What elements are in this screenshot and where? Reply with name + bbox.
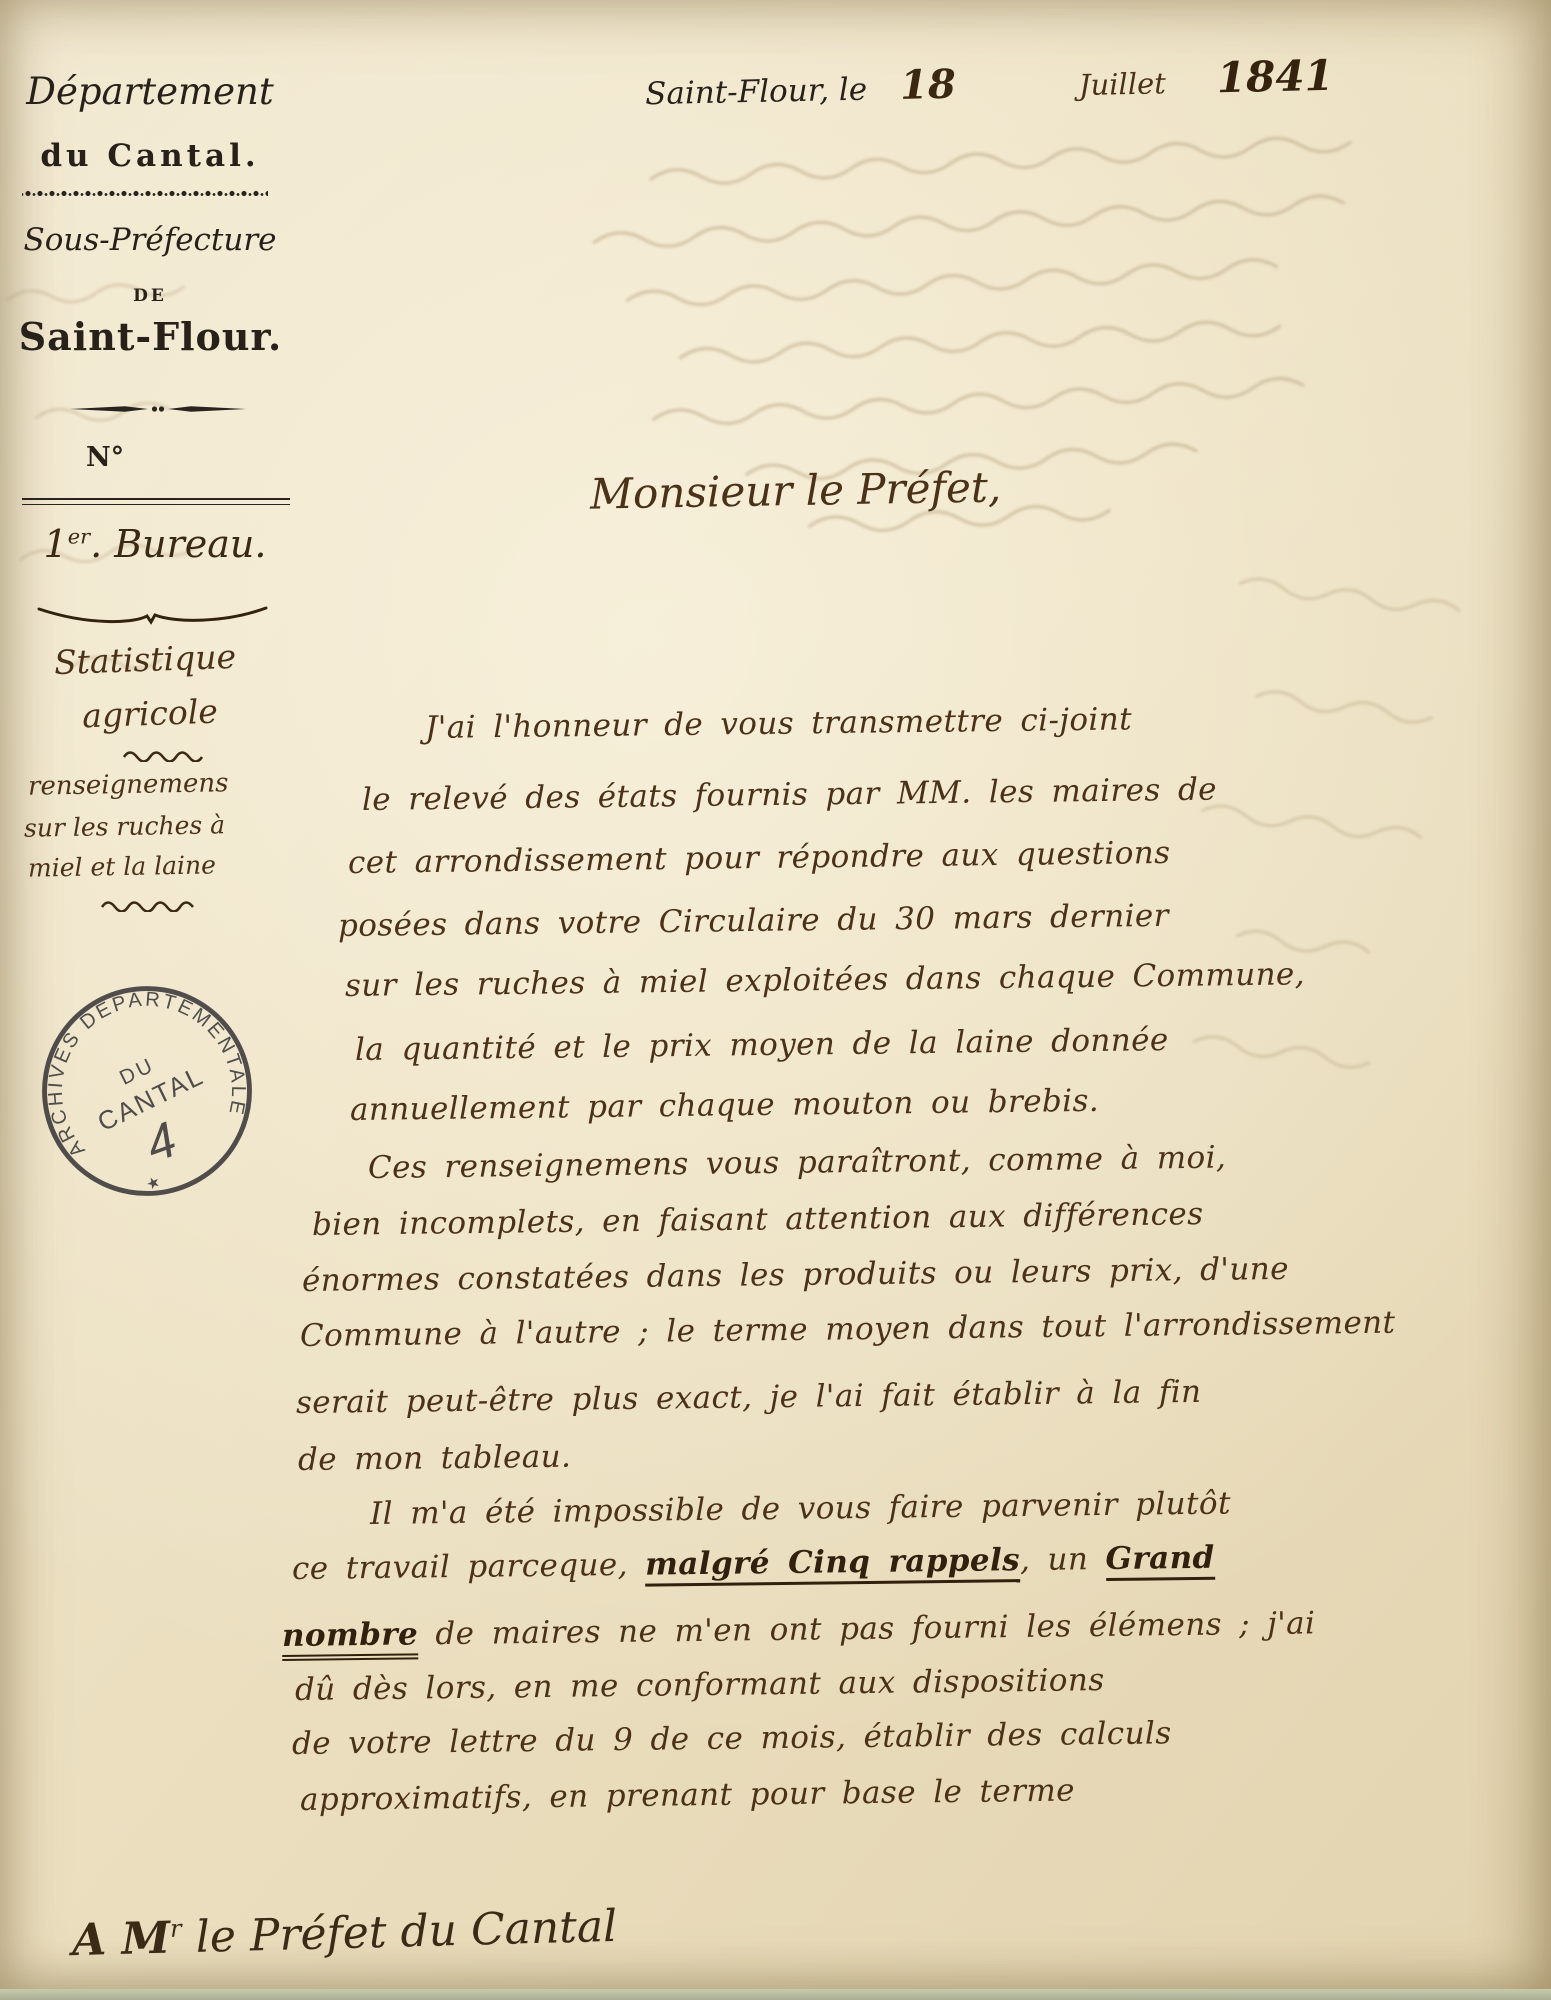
margin-note-ruches: sur les ruches à (24, 810, 226, 843)
footer-address: A Mr le Préfet du Cantal (71, 1901, 617, 1966)
letter-line: le relevé des états fournis par MM. les … (362, 772, 1217, 818)
letter-line: ce travail parceque, malgré Cinq rappels… (292, 1540, 1215, 1587)
dateline-year: 1841 (1216, 51, 1334, 102)
bureau-word: . Bureau. (90, 522, 266, 566)
letter-line: de mon tableau. (298, 1439, 572, 1478)
letter-line: posées dans votre Circulaire du 30 mars … (338, 898, 1169, 944)
double-rule (22, 498, 290, 505)
letter-line: énormes constatées dans les produits ou … (302, 1251, 1289, 1299)
letter-line: dû dès lors, en me conformant aux dispos… (295, 1662, 1105, 1708)
letter-line: bien incomplets, en faisant attention au… (312, 1196, 1204, 1243)
stamp-handwritten-number: 4 (138, 1111, 183, 1173)
letter-line: la quantité et le prix moyen de la laine… (355, 1022, 1169, 1068)
footer-ordinal: r (170, 1915, 182, 1943)
bureau-heading: 1er. Bureau. (30, 522, 280, 566)
bleedthrough-mark (0, 240, 315, 700)
footer-prefix: A M (71, 1913, 170, 1967)
letter-line: J'ai l'honneur de vous transmettre ci-jo… (425, 701, 1132, 746)
ornament-divider (70, 402, 246, 416)
dateline-day: 18 (900, 61, 957, 109)
footer-rest: le Préfet du Cantal (181, 1901, 618, 1963)
scan-edge-strip (0, 1989, 1551, 2000)
squiggle-mark (122, 748, 214, 762)
dateline-printed: Saint-Flour, le (645, 72, 868, 113)
dateline: Saint-Flour, le 18 Juillet 1841 (645, 51, 1335, 114)
letter-line-segment: de maires ne m'en ont pas fourni les élé… (418, 1605, 1316, 1652)
squiggle-mark (100, 898, 196, 912)
bureau-ordinal: er (68, 524, 90, 548)
letterhead-du-cantal: du Cantal. (15, 138, 285, 174)
letter-line: approximatifs, en prenant pour base le t… (300, 1773, 1075, 1818)
letter-line: Ces renseignemens vous paraîtront, comme… (368, 1140, 1227, 1186)
underlined-phrase: nombre (282, 1616, 419, 1661)
dateline-month: Juillet (1079, 66, 1167, 102)
letterhead-de: DE (15, 286, 285, 306)
letter-line: nombre de maires ne m'en ont pas fourni … (282, 1605, 1316, 1654)
letter-line: de votre lettre du 9 de ce mois, établir… (292, 1715, 1172, 1762)
letter-line-segment: ce travail parceque, (292, 1547, 646, 1587)
margin-note-miel-laine: miel et la laine (28, 850, 216, 882)
letterhead-sous-prefecture: Sous-Préfecture (10, 222, 290, 258)
letterhead-department: Département (15, 70, 285, 113)
letter-line: cet arrondissement pour répondre aux que… (348, 835, 1171, 881)
salutation: Monsieur le Préfet, (590, 462, 1002, 518)
letter-line: serait peut-être plus exact, je l'ai fai… (296, 1374, 1202, 1421)
letter-page: Département du Cantal. Sous-Préfecture D… (0, 0, 1551, 2000)
letterhead-city: Saint-Flour. (8, 314, 293, 359)
brace-flourish (35, 606, 270, 628)
letter-line-segment: , un (1020, 1541, 1106, 1578)
bleedthrough-mark (1147, 540, 1551, 1140)
archive-stamp: ARCHIVES DÉPARTEMENTALES DU CANTAL 4 ★ (18, 962, 277, 1221)
margin-note-agricole: agricole (24, 690, 275, 738)
underlined-phrase: Grand (1105, 1540, 1215, 1581)
letterhead-numero: N° (86, 442, 124, 473)
letter-line: Commune à l'autre ; le terme moyen dans … (300, 1305, 1396, 1354)
bureau-number: 1 (44, 522, 68, 566)
letter-line: Il m'a été impossible de vous faire parv… (370, 1485, 1231, 1532)
underlined-phrase: malgré Cinq rappels (645, 1542, 1020, 1587)
margin-note-renseignemens: renseignemens (28, 768, 229, 801)
letter-line: annuellement par chaque mouton ou brebis… (350, 1083, 1100, 1128)
dotted-rule (22, 190, 268, 197)
